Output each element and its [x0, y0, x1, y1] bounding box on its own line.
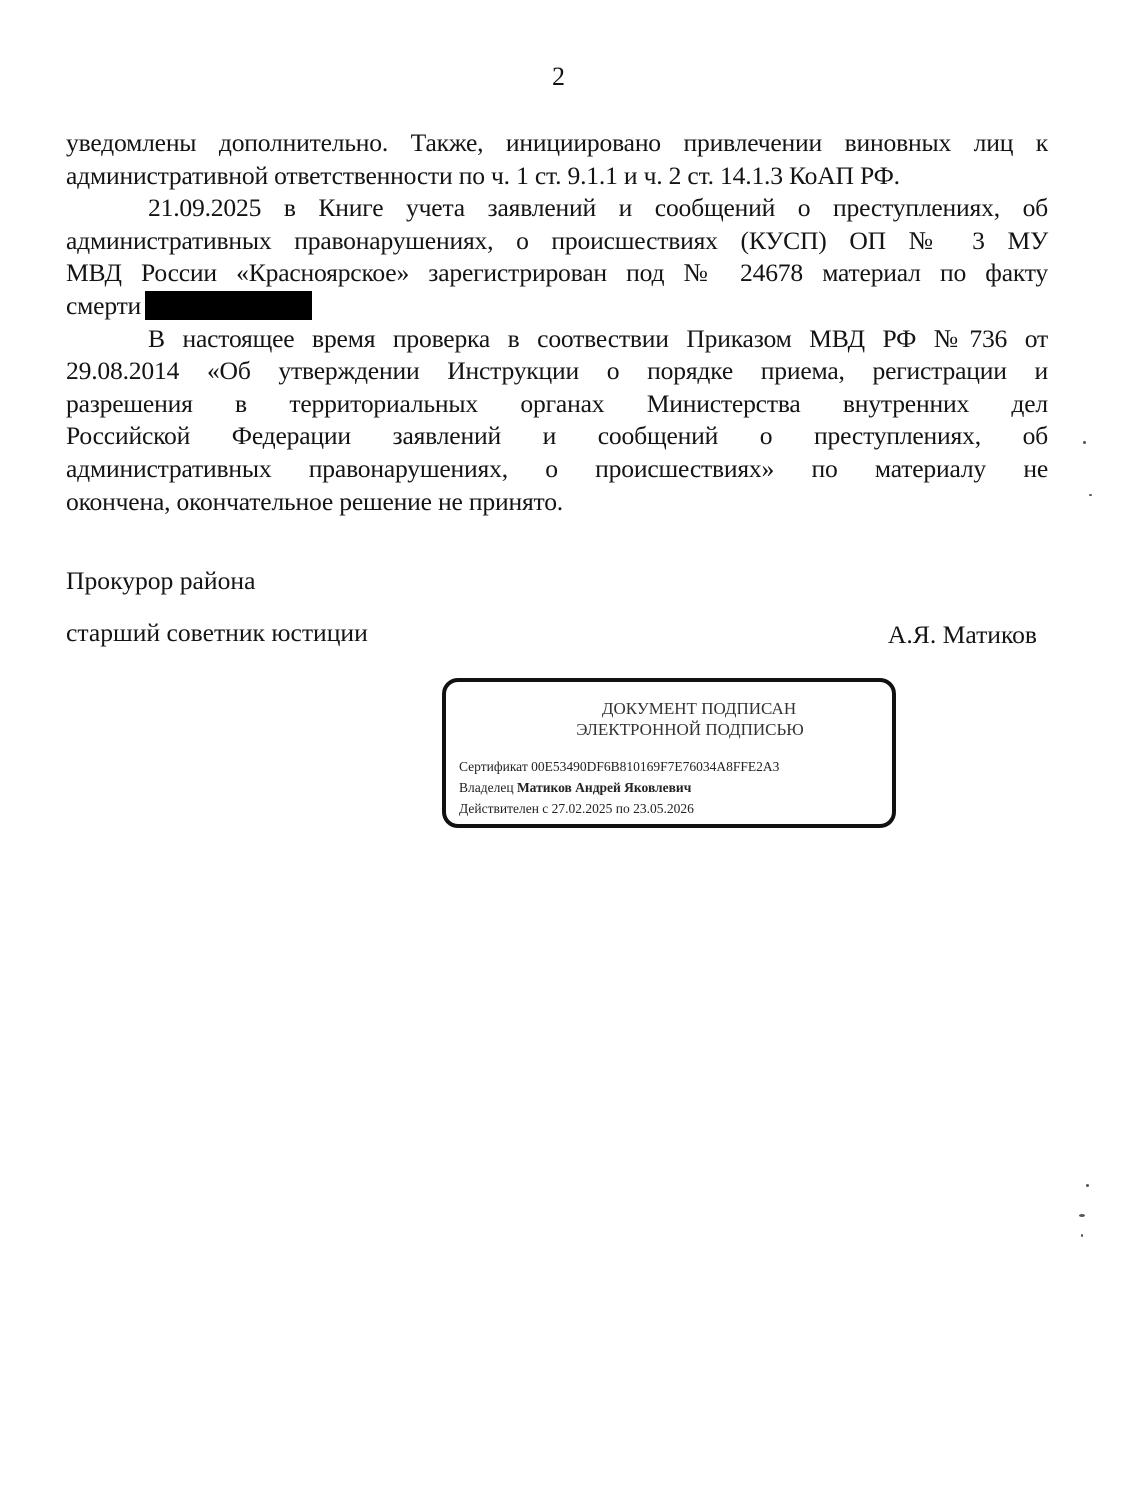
text-fragment: смерти: [66, 291, 141, 320]
text-line: уведомлены дополнительно. Также, инициир…: [66, 127, 1048, 160]
owner-label: Владелец: [459, 780, 514, 795]
stamp-heading: ДОКУМЕНТ ПОДПИСАН ЭЛЕКТРОННОЙ ПОДПИСЬЮ: [446, 698, 892, 740]
text-line: административных правонарушениях, о прои…: [66, 225, 1048, 258]
text-line: Российской Федерации заявлений и сообщен…: [66, 420, 1048, 453]
valid-to-label: по: [616, 801, 630, 816]
paragraph-2: 21.09.2025 в Книге учета заявлений и соо…: [66, 192, 1048, 322]
valid-from-label: Действителен с: [459, 801, 548, 816]
certificate-label: Сертификат: [459, 759, 528, 774]
redaction-block: [145, 291, 312, 320]
valid-from-value: 27.02.2025: [552, 801, 613, 816]
stamp-heading-line-1: ДОКУМЕНТ ПОДПИСАН: [446, 698, 892, 719]
electronic-signature-stamp: ДОКУМЕНТ ПОДПИСАН ЭЛЕКТРОННОЙ ПОДПИСЬЮ С…: [442, 678, 896, 828]
stamp-heading-line-2: ЭЛЕКТРОННОЙ ПОДПИСЬЮ: [446, 719, 892, 740]
owner-value: Матиков Андрей Яковлевич: [517, 780, 691, 795]
text-line: административной ответственности по ч. 1…: [66, 160, 1048, 193]
valid-to-value: 23.05.2026: [633, 801, 694, 816]
certificate-value: 00E53490DF6B810169F7E76034A8FFE2A3: [531, 759, 779, 774]
signatory-title: Прокурор района: [66, 566, 255, 596]
page-number: 2: [0, 62, 1117, 92]
scan-artifact: [1083, 441, 1086, 444]
text-line: смерти: [66, 290, 1048, 323]
scan-artifact: [1081, 1234, 1083, 1237]
scan-artifact: [1079, 1214, 1085, 1217]
stamp-certificate-row: Сертификат 00E53490DF6B810169F7E76034A8F…: [459, 756, 779, 777]
text-line: административных правонарушениях, о прои…: [66, 453, 1048, 486]
signatory-rank: старший советник юстиции: [66, 618, 368, 648]
stamp-validity-row: Действителен с 27.02.2025 по 23.05.2026: [459, 798, 779, 819]
text-line: 29.08.2014 «Об утверждении Инструкции о …: [66, 355, 1048, 388]
scan-artifact: [1089, 494, 1092, 496]
text-line: окончена, окончательное решение не приня…: [66, 486, 1048, 519]
stamp-details: Сертификат 00E53490DF6B810169F7E76034A8F…: [459, 756, 779, 819]
paragraph-1: уведомлены дополнительно. Также, инициир…: [66, 127, 1048, 192]
scan-artifact: [1086, 1184, 1089, 1187]
stamp-owner-row: Владелец Матиков Андрей Яковлевич: [459, 777, 779, 798]
paragraph-3: В настоящее время проверка в соотвествии…: [66, 323, 1048, 519]
text-line: разрешения в территориальных органах Мин…: [66, 388, 1048, 421]
text-line: МВД России «Красноярское» зарегистрирова…: [66, 257, 1048, 290]
signatory-name: А.Я. Матиков: [888, 620, 1037, 650]
document-body: уведомлены дополнительно. Также, инициир…: [66, 127, 1048, 518]
text-line: 21.09.2025 в Книге учета заявлений и соо…: [66, 192, 1048, 225]
text-line: В настоящее время проверка в соотвествии…: [66, 323, 1048, 356]
